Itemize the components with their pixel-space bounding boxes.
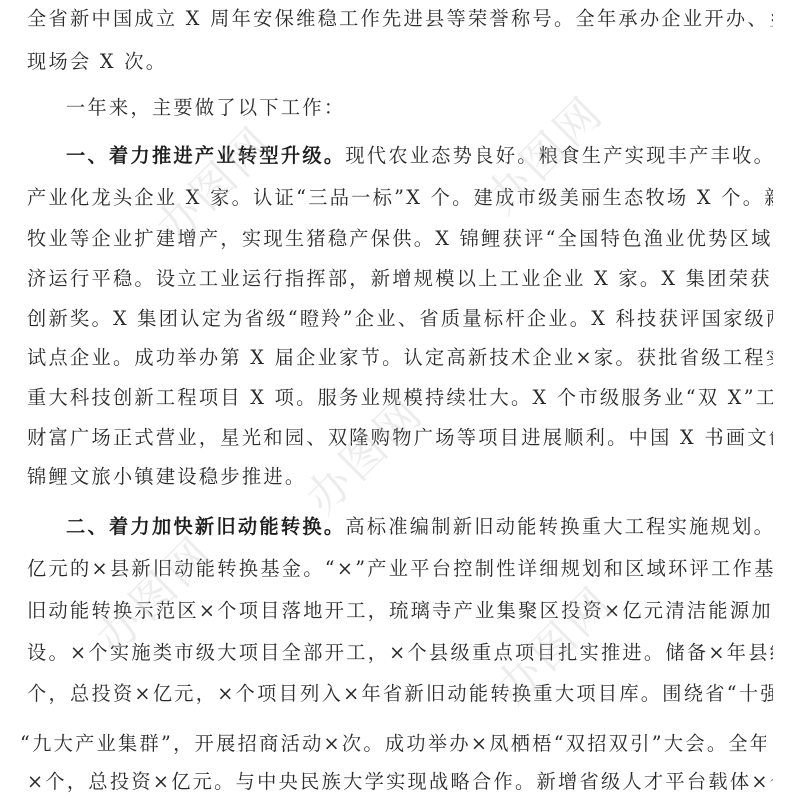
text-line: 现场会 X 次。	[27, 45, 773, 79]
line-text: 亿元的×县新旧动能转换基金。“×”产业平台控制性详细规划和区域环评工作基本完成。…	[27, 557, 773, 580]
text-line: 设。×个实施类市级大项目全部开工，×个县级重点项目扎实推进。储备×年县级重点项目…	[27, 636, 773, 670]
text-line: 亿元的×县新旧动能转换基金。“×”产业平台控制性详细规划和区域环评工作基本完成。…	[27, 552, 773, 586]
line-text: 设。×个实施类市级大项目全部开工，×个县级重点项目扎实推进。储备×年县级重点项目…	[27, 641, 773, 664]
text-line: 财富广场正式营业，星光和园、双隆购物广场等项目进展顺利。中国 X 书画文创产业园…	[27, 421, 773, 455]
line-text: 试点企业。成功举办第 X 届企业家节。认定高新技术企业×家。获批省级工程实验室 …	[27, 346, 773, 369]
line-text: 锦鲤文旅小镇建设稳步推进。	[27, 465, 306, 488]
text-line: 个，总投资×亿元，×个项目列入×年省新旧动能转换重大项目库。围绕省“十强”产业和…	[27, 677, 773, 711]
section-heading: 二、着力加快新旧动能转换。	[66, 515, 345, 538]
line-text: 济运行平稳。设立工业运行指挥部，新增规模以上工业企业 X 家。X 集团荣获中国产…	[27, 267, 773, 290]
text-line: “九大产业集群”，开展招商活动×次。成功举办×凤栖梧“双招双引”大会。全年签约项…	[20, 727, 766, 761]
line-text: 创新奖。X 集团认定为省级“瞪羚”企业、省质量标杆企业。X 科技获评国家级两化融…	[27, 307, 773, 330]
line-text: 全省新中国成立 X 周年安保维稳工作先进县等荣誉称号。全年承办企业开办、乡村振兴…	[27, 7, 773, 30]
text-line: 产业化龙头企业 X 家。认证“三品一标”X 个。建成市级美丽生态牧场 X 个。新…	[27, 181, 773, 215]
line-text: 现代农业态势良好。粮食生产实现丰产丰收。新增市级农业	[345, 144, 773, 167]
text-line: 济运行平稳。设立工业运行指挥部，新增规模以上工业企业 X 家。X 集团荣获中国产…	[27, 262, 773, 296]
text-line: 全省新中国成立 X 周年安保维稳工作先进县等荣誉称号。全年承办企业开办、乡村振兴…	[27, 2, 773, 36]
document-page: 全省新中国成立 X 周年安保维稳工作先进县等荣誉称号。全年承办企业开办、乡村振兴…	[0, 0, 800, 800]
text-line: ×个，总投资×亿元。与中央民族大学实现战略合作。新增省级人才平台载体×个，引育高…	[27, 765, 773, 799]
text-line: 一年来，主要做了以下工作：	[66, 91, 773, 125]
section-heading-line: 一、着力推进产业转型升级。现代农业态势良好。粮食生产实现丰产丰收。新增市级农业	[66, 139, 773, 173]
line-text: ×个，总投资×亿元。与中央民族大学实现战略合作。新增省级人才平台载体×个，引育高…	[27, 770, 773, 793]
text-line: 试点企业。成功举办第 X 届企业家节。认定高新技术企业×家。获批省级工程实验室 …	[27, 341, 773, 375]
line-text: “九大产业集群”，开展招商活动×次。成功举办×凤栖梧“双招双引”大会。全年签约项…	[20, 732, 766, 755]
text-line: 重大科技创新工程项目 X 项。服务业规模持续壮大。X 个市级服务业“双 X”工程…	[27, 381, 773, 415]
text-line: 旧动能转换示范区×个项目落地开工，琉璃寺产业集聚区投资×亿元清洁能源加工项目开工…	[27, 594, 773, 628]
line-text: 一年来，主要做了以下工作：	[66, 96, 345, 119]
text-line: 锦鲤文旅小镇建设稳步推进。	[27, 460, 773, 494]
line-text: 牧业等企业扩建增产，实现生猪稳产保供。X 锦鲤获评“全国特色渔业优势区域奖”。工…	[27, 227, 773, 250]
text-line: 创新奖。X 集团认定为省级“瞪羚”企业、省质量标杆企业。X 科技获评国家级两化融…	[27, 302, 773, 336]
line-text: 旧动能转换示范区×个项目落地开工，琉璃寺产业集聚区投资×亿元清洁能源加工项目开工…	[27, 599, 773, 622]
line-text: 高标准编制新旧动能转换重大工程实施规划。设立总规模×	[345, 515, 773, 538]
line-text: 重大科技创新工程项目 X 项。服务业规模持续壮大。X 个市级服务业“双 X”工程…	[27, 386, 773, 409]
line-text: 产业化龙头企业 X 家。认证“三品一标”X 个。建成市级美丽生态牧场 X 个。新…	[27, 186, 773, 209]
line-text: 个，总投资×亿元，×个项目列入×年省新旧动能转换重大项目库。围绕省“十强”产业和…	[27, 682, 773, 705]
line-text: 财富广场正式营业，星光和园、双隆购物广场等项目进展顺利。中国 X 书画文创产业园…	[27, 426, 773, 449]
text-line: 牧业等企业扩建增产，实现生猪稳产保供。X 锦鲤获评“全国特色渔业优势区域奖”。工…	[27, 222, 773, 256]
section-heading-line: 二、着力加快新旧动能转换。高标准编制新旧动能转换重大工程实施规划。设立总规模×	[66, 510, 773, 544]
section-heading: 一、着力推进产业转型升级。	[66, 144, 345, 167]
line-text: 现场会 X 次。	[27, 50, 167, 73]
